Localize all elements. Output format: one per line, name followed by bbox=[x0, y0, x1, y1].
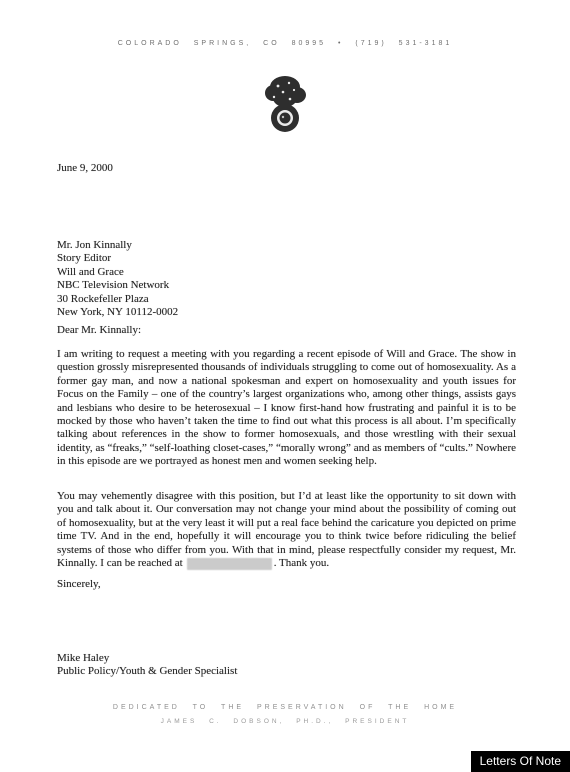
letterhead-address: COLORADO SPRINGS, CO 80995 • (719) 531-3… bbox=[0, 40, 570, 47]
recipient-company: NBC Television Network bbox=[57, 279, 178, 292]
signature-title: Public Policy/Youth & Gender Specialist bbox=[57, 665, 237, 678]
body-paragraph-2: You may vehemently disagree with this po… bbox=[57, 490, 516, 570]
recipient-city-zip: New York, NY 10112-0002 bbox=[57, 306, 178, 319]
recipient-street: 30 Rockefeller Plaza bbox=[57, 293, 178, 306]
family-crest-logo-icon bbox=[254, 74, 316, 138]
recipient-address-block: Mr. Jon Kinnally Story Editor Will and G… bbox=[57, 239, 178, 319]
signature-block: Mike Haley Public Policy/Youth & Gender … bbox=[57, 652, 237, 679]
footer-president-line: JAMES C. DOBSON, PH.D., PRESIDENT bbox=[0, 718, 570, 725]
scanned-letter-page: COLORADO SPRINGS, CO 80995 • (719) 531-3… bbox=[0, 0, 570, 772]
letters-of-note-badge: Letters Of Note bbox=[470, 750, 570, 772]
recipient-name: Mr. Jon Kinnally bbox=[57, 239, 178, 252]
date-line: June 9, 2000 bbox=[57, 162, 113, 175]
signature-name: Mike Haley bbox=[57, 652, 237, 665]
recipient-title: Story Editor bbox=[57, 252, 178, 265]
closing-line: Sincerely, bbox=[57, 578, 101, 591]
footer-motto: DEDICATED TO THE PRESERVATION OF THE HOM… bbox=[0, 704, 570, 711]
redacted-phone-number bbox=[187, 558, 272, 570]
paragraph-2-text-after: . Thank you. bbox=[274, 557, 329, 569]
recipient-show: Will and Grace bbox=[57, 266, 178, 279]
salutation: Dear Mr. Kinnally: bbox=[57, 324, 141, 337]
body-paragraph-1: I am writing to request a meeting with y… bbox=[57, 348, 516, 469]
